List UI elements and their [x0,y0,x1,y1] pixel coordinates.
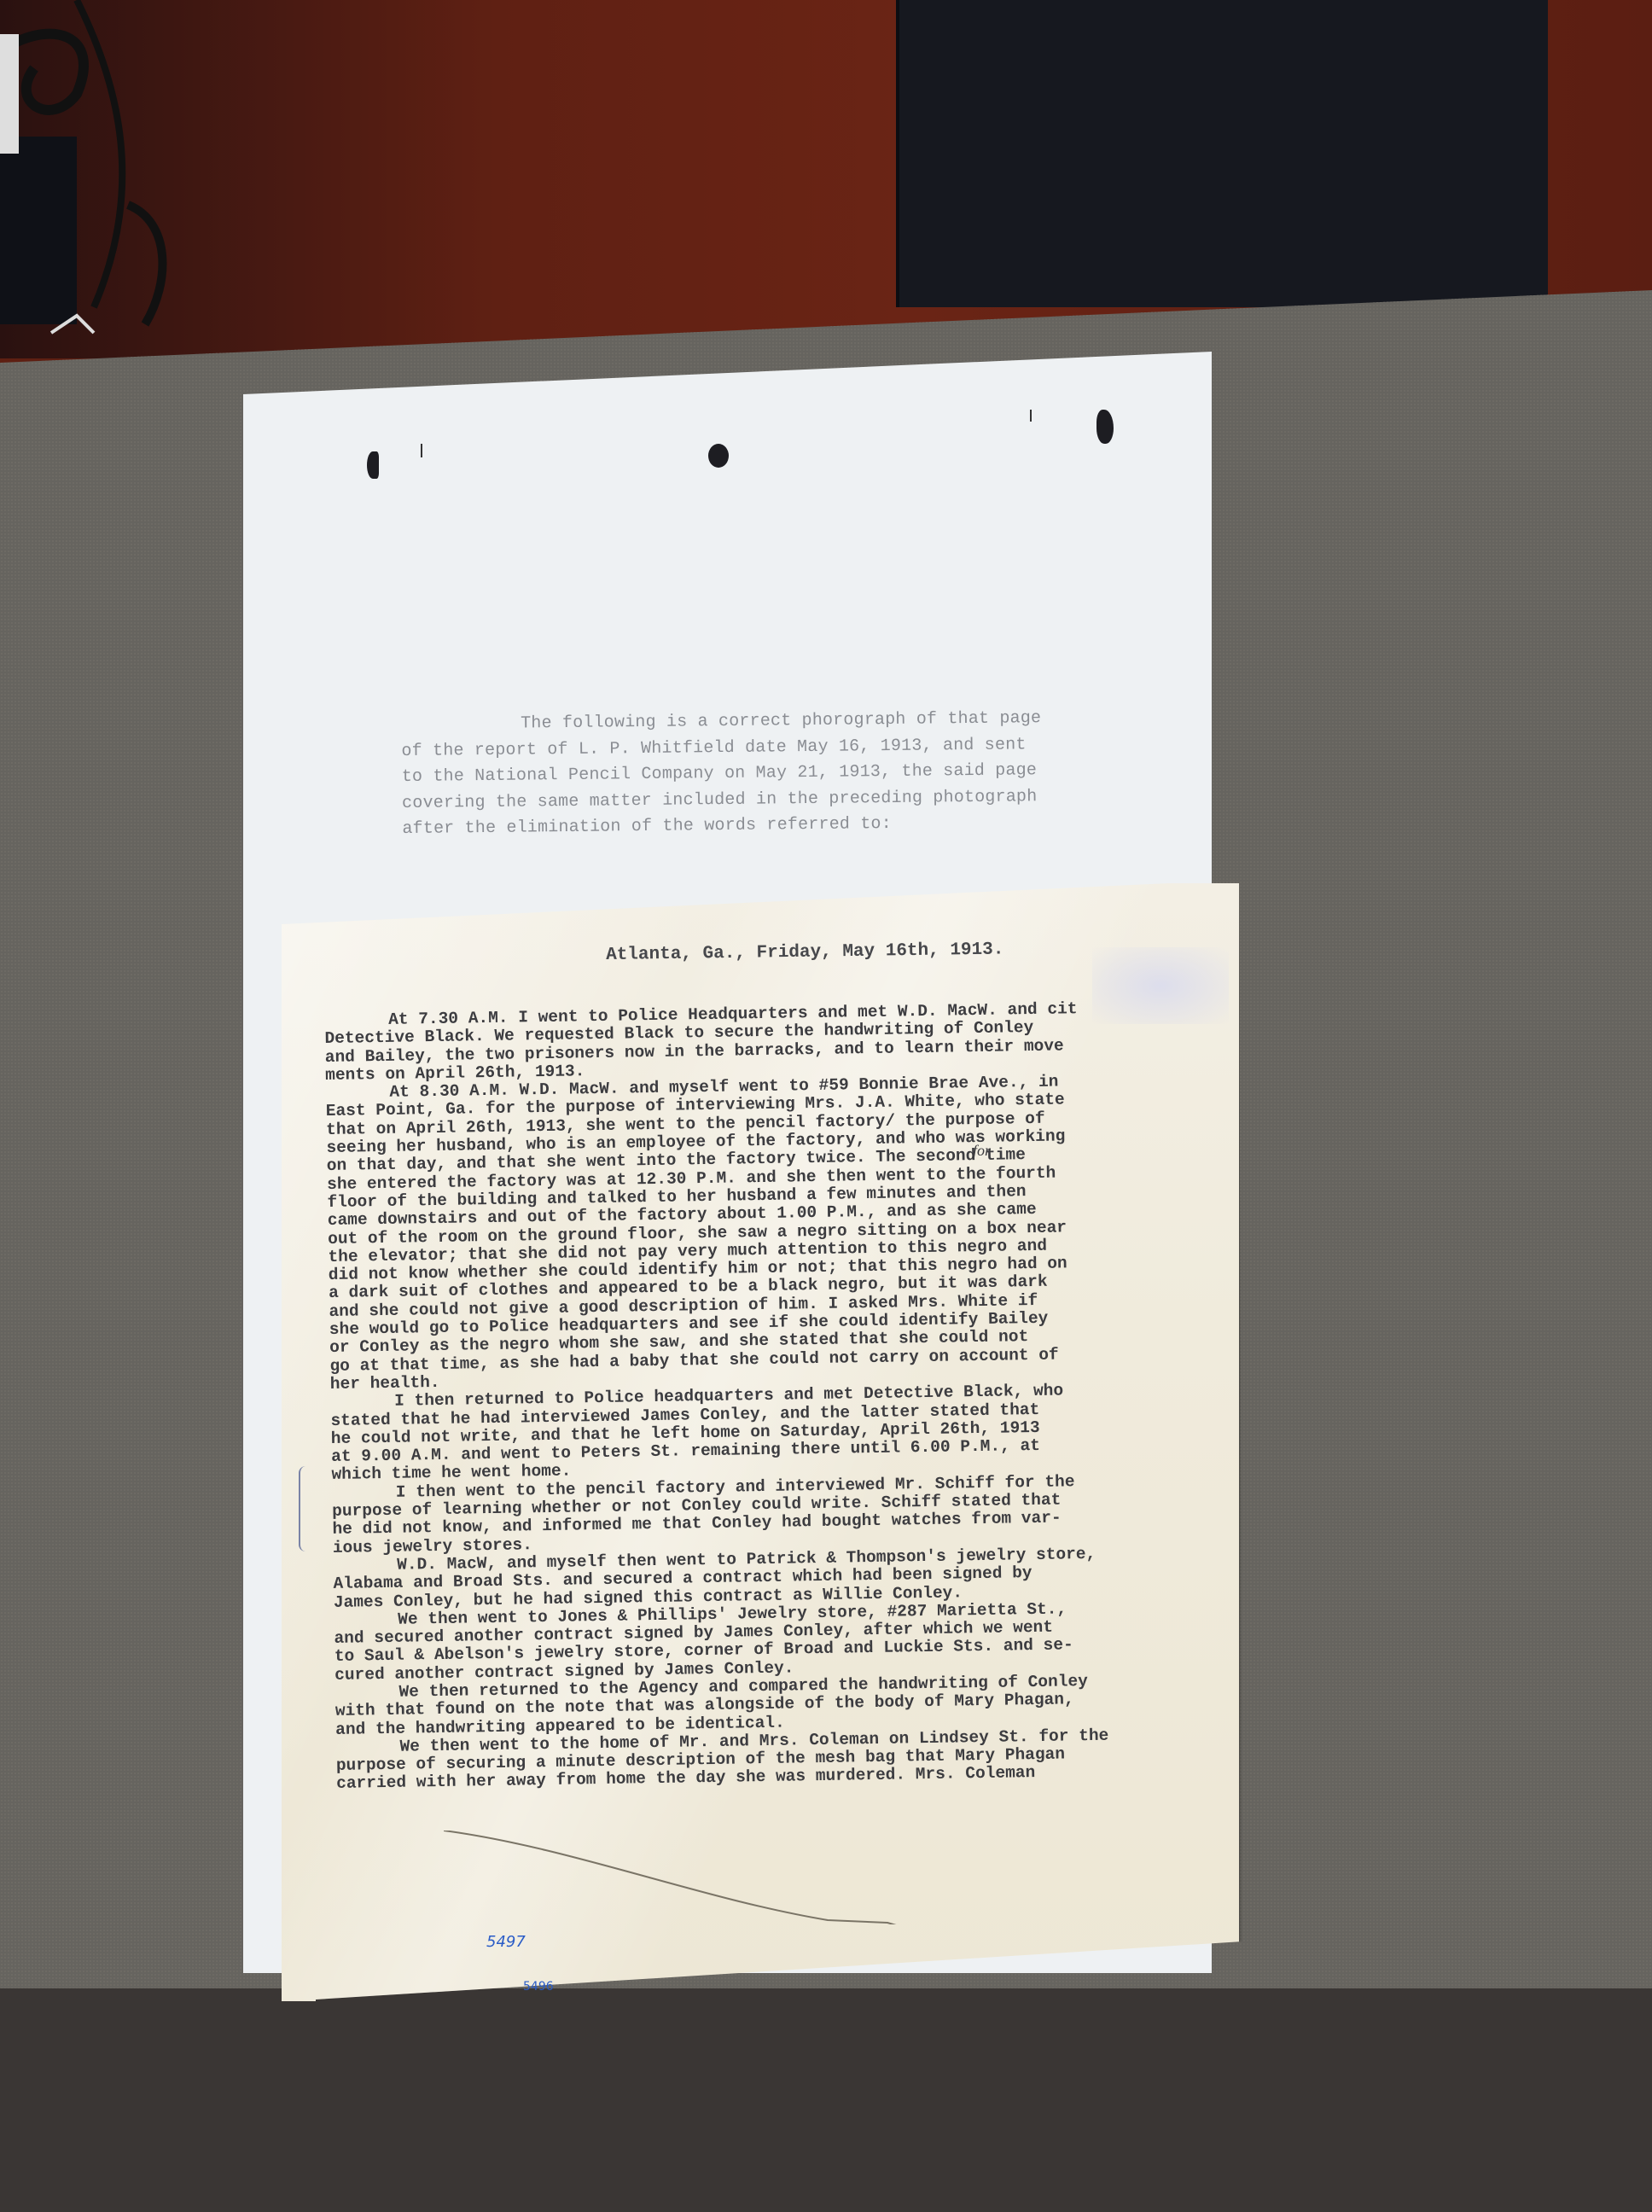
mat-shadow [0,1988,1652,2212]
punch-hole [708,444,729,468]
handwritten-lower-mark: 5496 [523,1980,554,1994]
handwritten-insert: for [973,1142,991,1160]
margin-bracket-mark [299,1466,312,1551]
intro-paragraph: The following is a correct phorograph of… [401,705,1137,842]
punch-hole [367,451,379,479]
cables-decoration [0,0,358,341]
mark [421,444,422,457]
mark [1030,410,1032,422]
paper-crease [444,1831,1058,1924]
punch-hole [1096,410,1114,444]
handwritten-page-number: 5497 [486,1933,526,1951]
report-body: At 7.30 A.M. I went to Police Headquarte… [324,998,1198,1794]
device-background [896,0,1548,307]
